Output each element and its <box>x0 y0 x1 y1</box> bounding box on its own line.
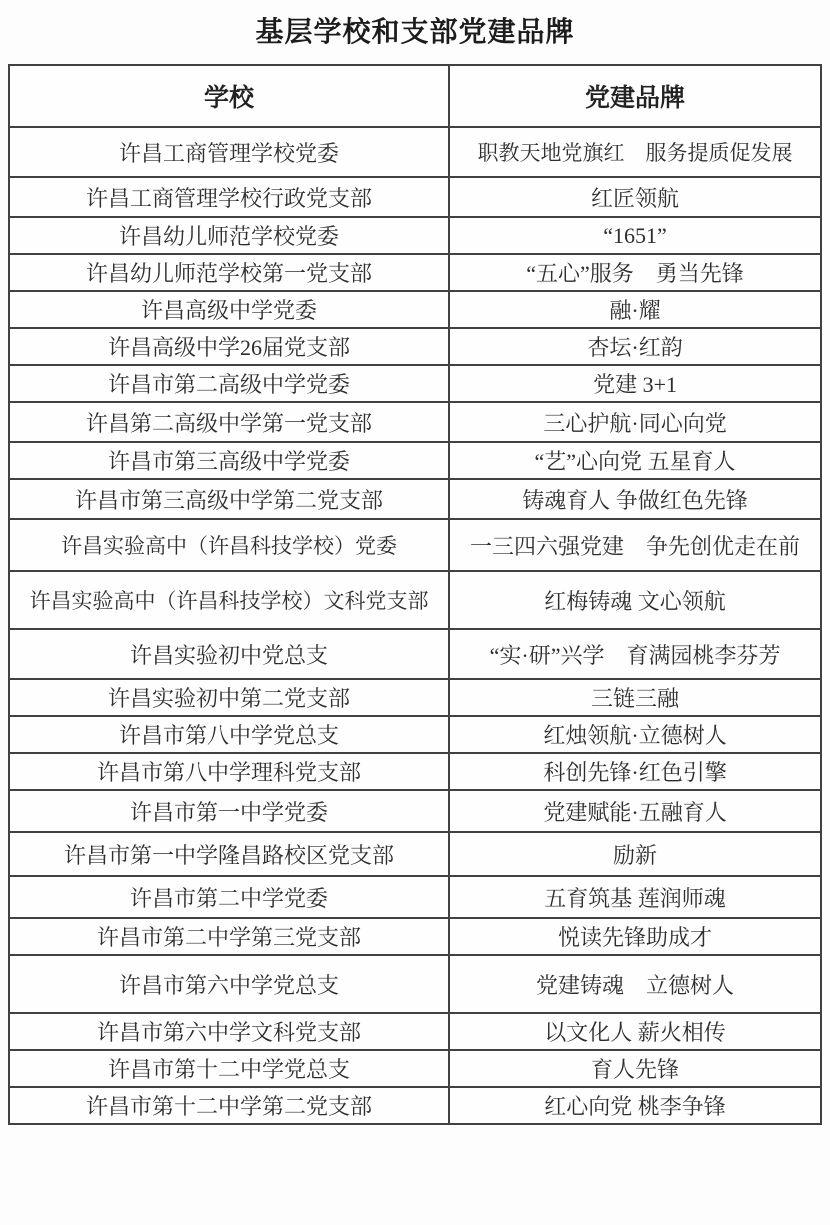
brand-cell: 以文化人 薪火相传 <box>449 1013 821 1050</box>
brand-cell: 党建赋能·五融育人 <box>449 790 821 832</box>
school-cell: 许昌第二高级中学第一党支部 <box>9 402 449 442</box>
school-cell: 许昌市第三高级中学第二党支部 <box>9 479 449 519</box>
brand-cell: 科创先锋·红色引擎 <box>449 753 821 790</box>
school-cell: 许昌幼儿师范学校党委 <box>9 217 449 254</box>
brand-cell: 铸魂育人 争做红色先锋 <box>449 479 821 519</box>
brand-cell: “实·研”兴学 育满园桃李芬芳 <box>449 629 821 679</box>
table-row: 许昌工商管理学校党委 职教天地党旗红 服务提质促发展 <box>9 127 821 177</box>
brand-cell: 红心向党 桃李争锋 <box>449 1087 821 1124</box>
page-title: 基层学校和支部党建品牌 <box>0 0 830 64</box>
table-row: 许昌市第二中学第三党支部 悦读先锋助成才 <box>9 918 821 955</box>
school-cell: 许昌高级中学党委 <box>9 291 449 328</box>
school-cell: 许昌市第二中学第三党支部 <box>9 918 449 955</box>
table-header-row: 学校 党建品牌 <box>9 65 821 127</box>
school-cell: 许昌实验初中党总支 <box>9 629 449 679</box>
table-row: 许昌幼儿师范学校第一党支部 “五心”服务 勇当先锋 <box>9 254 821 291</box>
table-row: 许昌市第十二中学第二党支部 红心向党 桃李争锋 <box>9 1087 821 1124</box>
school-cell: 许昌高级中学26届党支部 <box>9 328 449 365</box>
table-row: 许昌市第八中学党总支 红烛领航·立德树人 <box>9 716 821 753</box>
school-cell: 许昌幼儿师范学校第一党支部 <box>9 254 449 291</box>
school-cell: 许昌市第六中学党总支 <box>9 955 449 1013</box>
school-cell: 许昌市第八中学理科党支部 <box>9 753 449 790</box>
brand-cell: 红梅铸魂 文心领航 <box>449 571 821 629</box>
table-row: 许昌市第六中学文科党支部 以文化人 薪火相传 <box>9 1013 821 1050</box>
table-row: 许昌第二高级中学第一党支部 三心护航·同心向党 <box>9 402 821 442</box>
table-row: 许昌市第三高级中学第二党支部 铸魂育人 争做红色先锋 <box>9 479 821 519</box>
brand-cell: “艺”心向党 五星育人 <box>449 442 821 479</box>
table-row: 许昌市第二中学党委 五育筑基 莲润师魂 <box>9 876 821 918</box>
school-cell: 许昌实验高中（许昌科技学校）党委 <box>9 519 449 571</box>
school-cell: 许昌市第一中学隆昌路校区党支部 <box>9 832 449 876</box>
brand-cell: 红匠领航 <box>449 177 821 217</box>
table-row: 许昌工商管理学校行政党支部 红匠领航 <box>9 177 821 217</box>
brand-cell: 一三四六强党建 争先创优走在前 <box>449 519 821 571</box>
document-page: 基层学校和支部党建品牌 学校 党建品牌 许昌工商管理学校党委 职教天地党旗红 服… <box>0 0 830 1225</box>
school-cell: 许昌市第八中学党总支 <box>9 716 449 753</box>
table-row: 许昌高级中学党委 融·耀 <box>9 291 821 328</box>
brand-cell: 党建铸魂 立德树人 <box>449 955 821 1013</box>
brand-cell: “五心”服务 勇当先锋 <box>449 254 821 291</box>
table-row: 许昌市第六中学党总支 党建铸魂 立德树人 <box>9 955 821 1013</box>
school-cell: 许昌市第十二中学第二党支部 <box>9 1087 449 1124</box>
table-row: 许昌市第一中学隆昌路校区党支部 励新 <box>9 832 821 876</box>
table-row: 许昌市第八中学理科党支部 科创先锋·红色引擎 <box>9 753 821 790</box>
school-cell: 许昌实验初中第二党支部 <box>9 679 449 716</box>
table-row: 许昌实验高中（许昌科技学校）文科党支部 红梅铸魂 文心领航 <box>9 571 821 629</box>
brand-cell: 励新 <box>449 832 821 876</box>
school-cell: 许昌市第三高级中学党委 <box>9 442 449 479</box>
brand-cell: 悦读先锋助成才 <box>449 918 821 955</box>
brand-cell: 五育筑基 莲润师魂 <box>449 876 821 918</box>
table-row: 许昌市第二高级中学党委 党建 3+1 <box>9 365 821 402</box>
brand-cell: 三心护航·同心向党 <box>449 402 821 442</box>
school-cell: 许昌市第十二中学党总支 <box>9 1050 449 1087</box>
brand-cell: “1651” <box>449 217 821 254</box>
brand-cell: 育人先锋 <box>449 1050 821 1087</box>
table-row: 许昌实验初中第二党支部 三链三融 <box>9 679 821 716</box>
table-row: 许昌实验初中党总支 “实·研”兴学 育满园桃李芬芳 <box>9 629 821 679</box>
school-cell: 许昌工商管理学校行政党支部 <box>9 177 449 217</box>
brand-cell: 融·耀 <box>449 291 821 328</box>
table-row: 许昌市第十二中学党总支 育人先锋 <box>9 1050 821 1087</box>
school-cell: 许昌市第一中学党委 <box>9 790 449 832</box>
table-row: 许昌市第三高级中学党委 “艺”心向党 五星育人 <box>9 442 821 479</box>
party-brand-table: 学校 党建品牌 许昌工商管理学校党委 职教天地党旗红 服务提质促发展 许昌工商管… <box>8 64 822 1125</box>
column-header-school: 学校 <box>9 65 449 127</box>
table-row: 许昌实验高中（许昌科技学校）党委 一三四六强党建 争先创优走在前 <box>9 519 821 571</box>
brand-cell: 党建 3+1 <box>449 365 821 402</box>
column-header-brand: 党建品牌 <box>449 65 821 127</box>
brand-cell: 杏坛·红韵 <box>449 328 821 365</box>
school-cell: 许昌实验高中（许昌科技学校）文科党支部 <box>9 571 449 629</box>
school-cell: 许昌市第二中学党委 <box>9 876 449 918</box>
brand-cell: 职教天地党旗红 服务提质促发展 <box>449 127 821 177</box>
table-row: 许昌市第一中学党委 党建赋能·五融育人 <box>9 790 821 832</box>
brand-cell: 红烛领航·立德树人 <box>449 716 821 753</box>
table-row: 许昌高级中学26届党支部 杏坛·红韵 <box>9 328 821 365</box>
table-row: 许昌幼儿师范学校党委 “1651” <box>9 217 821 254</box>
school-cell: 许昌市第六中学文科党支部 <box>9 1013 449 1050</box>
brand-cell: 三链三融 <box>449 679 821 716</box>
school-cell: 许昌市第二高级中学党委 <box>9 365 449 402</box>
school-cell: 许昌工商管理学校党委 <box>9 127 449 177</box>
